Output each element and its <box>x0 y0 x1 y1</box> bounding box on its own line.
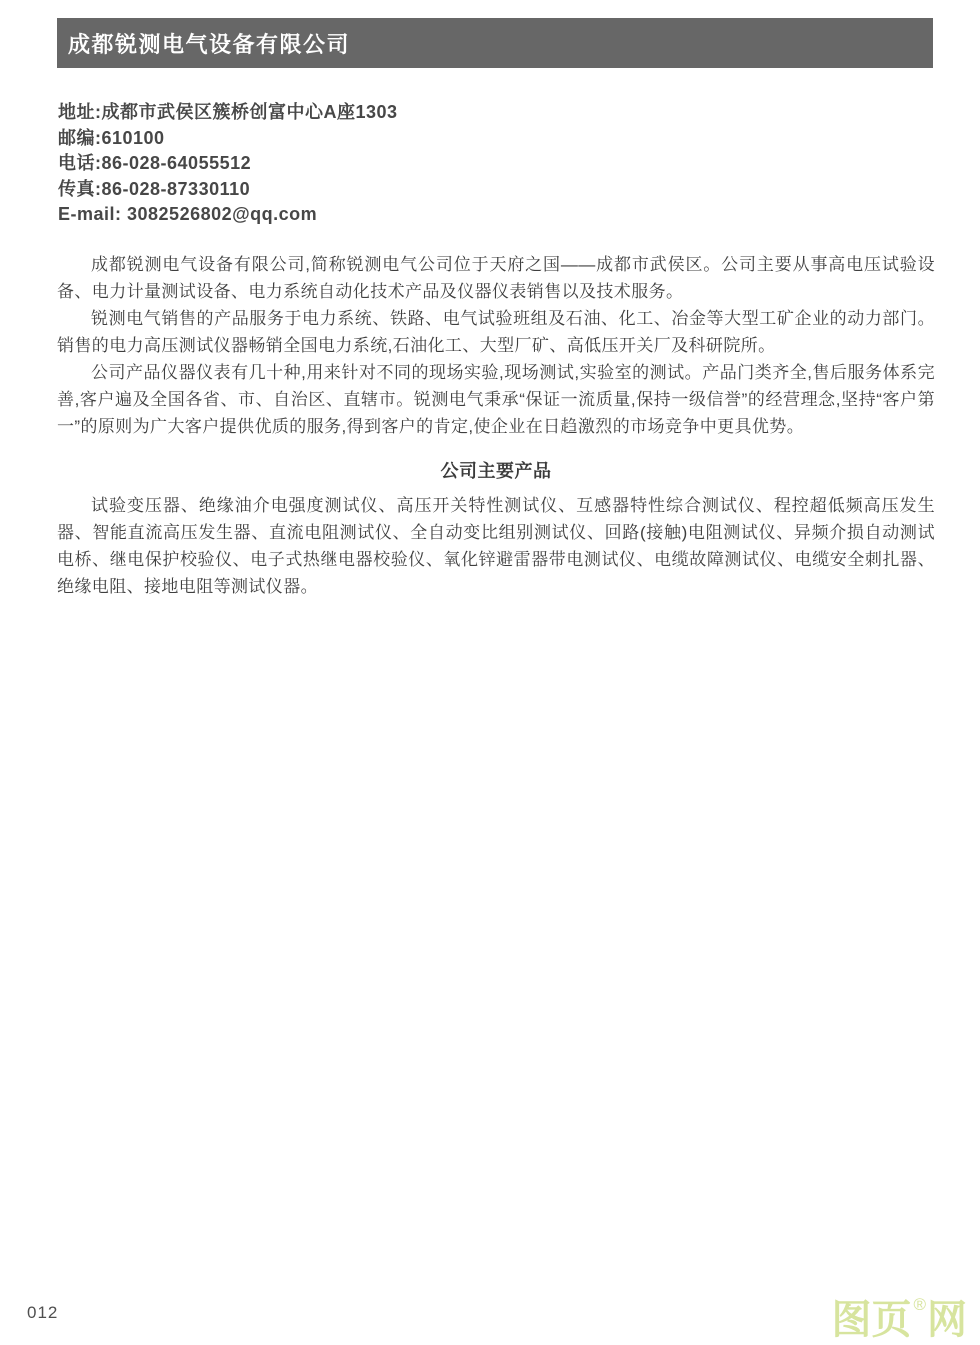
profile-paragraph-1: 成都锐测电气设备有限公司,简称锐测电气公司位于天府之国——成都市武侯区。公司主要… <box>57 251 935 305</box>
watermark: 图页 ® 网 <box>831 1300 967 1340</box>
profile-paragraph-2: 锐测电气销售的产品服务于电力系统、铁路、电气试验班组及石油、化工、冶金等大型工矿… <box>57 305 935 359</box>
registered-trademark-icon: ® <box>913 1296 926 1313</box>
contact-postcode: 邮编:610100 <box>58 126 398 152</box>
contact-phone: 电话:86-028-64055512 <box>58 151 398 177</box>
contact-fax: 传真:86-028-87330110 <box>58 177 398 203</box>
contact-address: 地址:成都市武侯区簇桥创富中心A座1303 <box>58 100 398 126</box>
watermark-text-right: 网 <box>927 1300 967 1340</box>
company-profile: 成都锐测电气设备有限公司,简称锐测电气公司位于天府之国——成都市武侯区。公司主要… <box>57 251 935 600</box>
catalog-page: 成都锐测电气设备有限公司 地址:成都市武侯区簇桥创富中心A座1303 邮编:61… <box>0 0 980 1345</box>
company-title-bar: 成都锐测电气设备有限公司 <box>57 18 933 68</box>
products-list-paragraph: 试验变压器、绝缘油介电强度测试仪、高压开关特性测试仪、互感器特性综合测试仪、程控… <box>57 492 935 600</box>
page-number: 012 <box>27 1303 58 1323</box>
profile-paragraph-3: 公司产品仪器仪表有几十种,用来针对不同的现场实验,现场测试,实验室的测试。产品门… <box>57 359 935 440</box>
contact-email: E-mail: 3082526802@qq.com <box>58 202 398 228</box>
contact-info: 地址:成都市武侯区簇桥创富中心A座1303 邮编:610100 电话:86-02… <box>58 100 398 228</box>
main-products-heading: 公司主要产品 <box>57 457 935 483</box>
watermark-text-left: 图页 <box>831 1300 911 1340</box>
company-name: 成都锐测电气设备有限公司 <box>57 28 350 59</box>
